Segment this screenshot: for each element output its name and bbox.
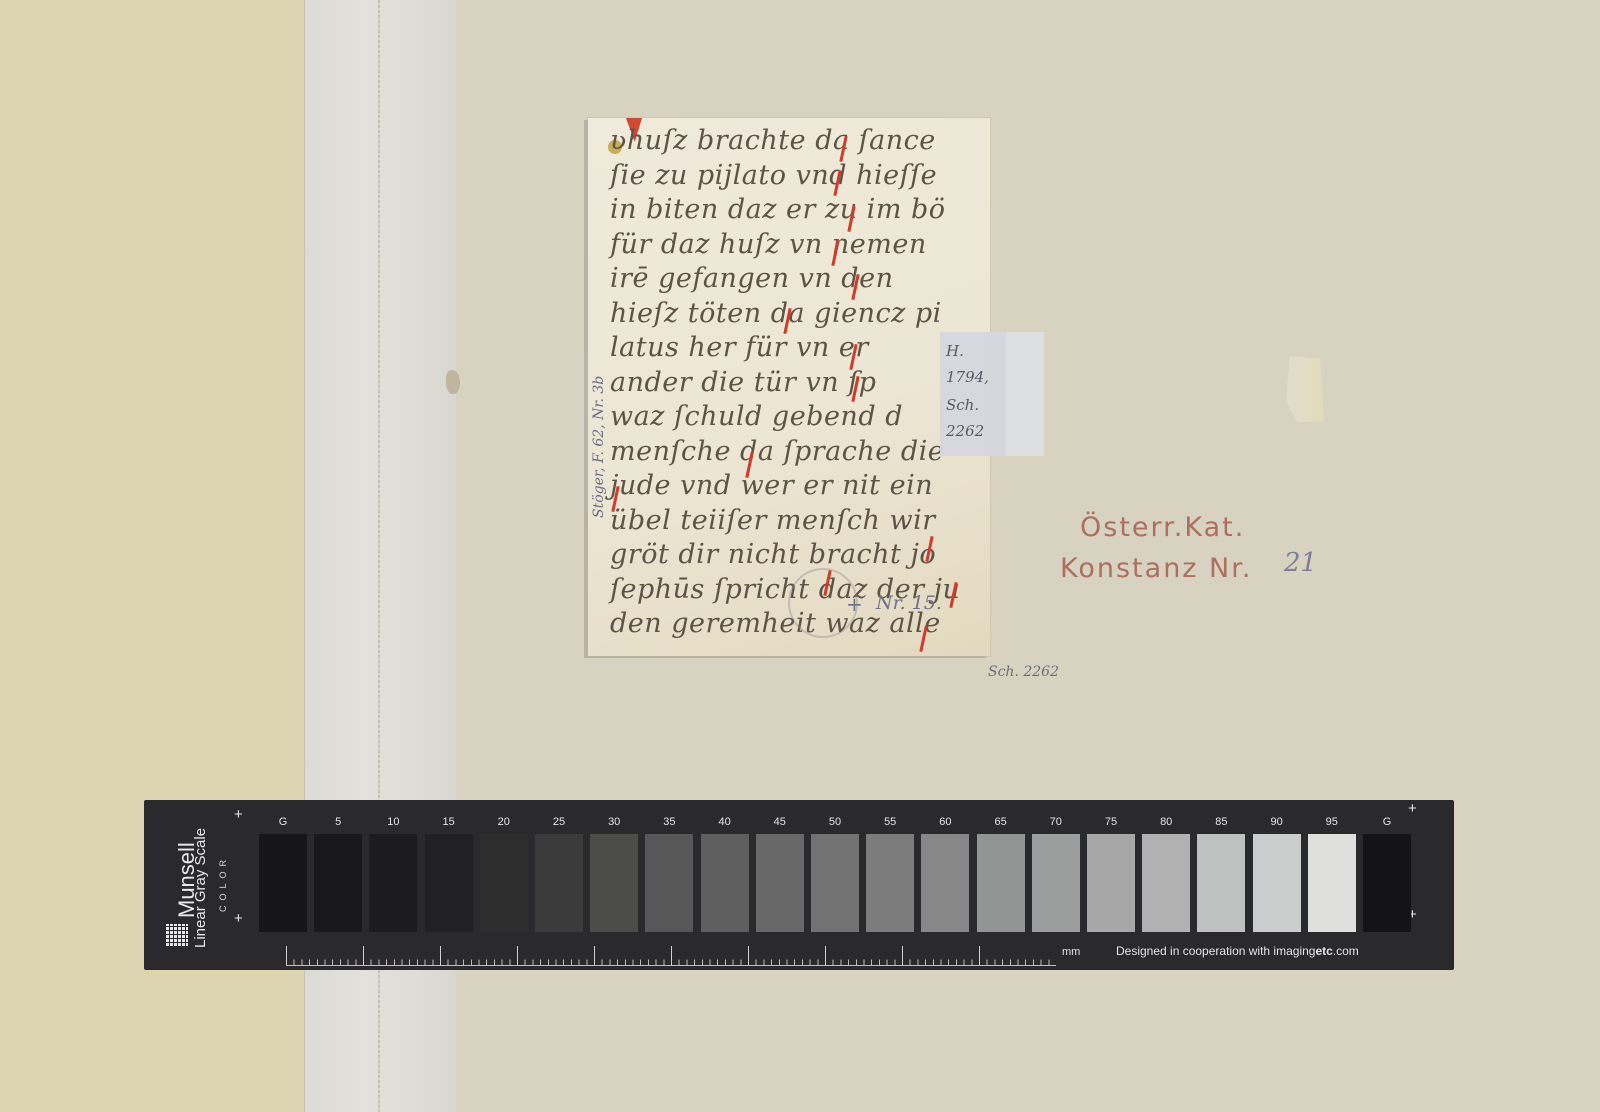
patch-label: 70	[1032, 816, 1080, 828]
patch-label: 45	[756, 816, 804, 828]
gray-patch	[590, 834, 638, 932]
patch-label: 65	[977, 816, 1025, 828]
patch-label: 15	[425, 816, 473, 828]
registration-plus: +	[234, 806, 243, 823]
credit-text: Designed in cooperation with imagingetc.…	[1116, 944, 1359, 958]
gray-patch	[701, 834, 749, 932]
gray-patch	[535, 834, 583, 932]
patch-label: 90	[1253, 816, 1301, 828]
gray-patch	[259, 834, 307, 932]
manuscript-line: jude vnd wer er nit ein	[610, 469, 990, 504]
patch-label: 95	[1308, 816, 1356, 828]
patch-label: 25	[535, 816, 583, 828]
patch-label: 60	[921, 816, 969, 828]
gray-patch	[921, 834, 969, 932]
credit-bold: etc	[1315, 944, 1332, 958]
registration-plus: +	[1408, 800, 1417, 817]
patch-label: 20	[480, 816, 528, 828]
gray-patch	[369, 834, 417, 932]
manuscript-line: gröt dir nicht bracht jo	[610, 538, 990, 573]
patch-label: 80	[1142, 816, 1190, 828]
manuscript-line: irē gefangen vn den	[610, 262, 990, 297]
gray-patch	[425, 834, 473, 932]
patch-label: G	[1363, 816, 1411, 828]
manuscript-line: waz ſchuld gebend d	[610, 400, 990, 435]
gray-patch	[1363, 834, 1411, 932]
signature-pencil-note: Sch. 2262	[988, 664, 1059, 680]
patch-label: 35	[645, 816, 693, 828]
mm-ruler-baseline	[286, 965, 1056, 966]
manuscript-line: menſche da ſprache die	[610, 435, 990, 470]
scale-title: Linear Gray Scale	[192, 808, 209, 948]
registration-plus: +	[234, 910, 243, 927]
patch-label: 40	[701, 816, 749, 828]
manuscript-line: ʋhuſz brachte da ſance	[610, 124, 990, 159]
gray-patch	[1253, 834, 1301, 932]
munsell-gray-scale-card: Munsell COLOR Linear Gray Scale + + + + …	[144, 800, 1454, 970]
manuscript-line: für daz huſz vn nemen	[610, 228, 990, 263]
credit-prefix: Designed in cooperation with imaging	[1116, 944, 1315, 958]
stamp-line-2: Konstanz Nr.	[1060, 553, 1252, 584]
patch-label: 75	[1087, 816, 1135, 828]
manuscript-line: hieſz töten da giencz pi	[610, 297, 990, 332]
gray-patch	[1308, 834, 1356, 932]
patch-label: 30	[590, 816, 638, 828]
gray-patch	[645, 834, 693, 932]
gray-patch	[1197, 834, 1245, 932]
gray-patch	[1142, 834, 1190, 932]
patch-label: 10	[369, 816, 417, 828]
patch-label: 85	[1197, 816, 1245, 828]
patch-label: 5	[314, 816, 362, 828]
label-line: 2262	[946, 422, 984, 440]
credit-suffix: .com	[1333, 944, 1359, 958]
label-line: H.	[946, 342, 964, 360]
label-line: 1794,	[946, 368, 989, 386]
gray-patch	[866, 834, 914, 932]
label-line: Sch.	[946, 396, 979, 414]
mm-label: mm	[1062, 946, 1080, 958]
manuscript-line: ſie zu pijlato vnd hieſſe	[610, 159, 990, 194]
gray-patch	[756, 834, 804, 932]
gray-patch	[1032, 834, 1080, 932]
manuscript-line: latus her für vn er	[610, 331, 990, 366]
brand-subtitle: COLOR	[218, 822, 228, 912]
manuscript-fragment: ʋhuſz brachte da ſanceſie zu pijlato vnd…	[588, 118, 990, 656]
patch-label: 50	[811, 816, 859, 828]
pencil-number-note: Nr. 15.	[876, 592, 942, 614]
stamp-handwritten-number: 21	[1284, 548, 1317, 578]
patch-label: 55	[866, 816, 914, 828]
margin-pencil-note: Stöger, F. 62, Nr. 3b	[591, 318, 611, 518]
mm-ruler-major-ticks	[286, 946, 1056, 966]
gray-patch	[314, 834, 362, 932]
gray-patch	[811, 834, 859, 932]
patch-label: G	[259, 816, 307, 828]
manuscript-line: übel teiiſer menſch wir	[610, 504, 990, 539]
stamp-line-1: Österr.Kat.	[1080, 512, 1245, 543]
pencil-plus: +	[846, 592, 863, 616]
guard-tab	[446, 370, 460, 394]
manuscript-line: in biten daz er zu im bö	[610, 193, 990, 228]
munsell-logo-icon	[166, 924, 188, 946]
gray-patch	[1087, 834, 1135, 932]
gray-patch	[480, 834, 528, 932]
manuscript-line: ander die tür vn ſp	[610, 366, 990, 401]
gray-patch	[977, 834, 1025, 932]
manuscript-text: ʋhuſz brachte da ſanceſie zu pijlato vnd…	[610, 124, 990, 642]
shelfmark-label-slip: H. 1794, Sch. 2262	[940, 332, 1044, 456]
